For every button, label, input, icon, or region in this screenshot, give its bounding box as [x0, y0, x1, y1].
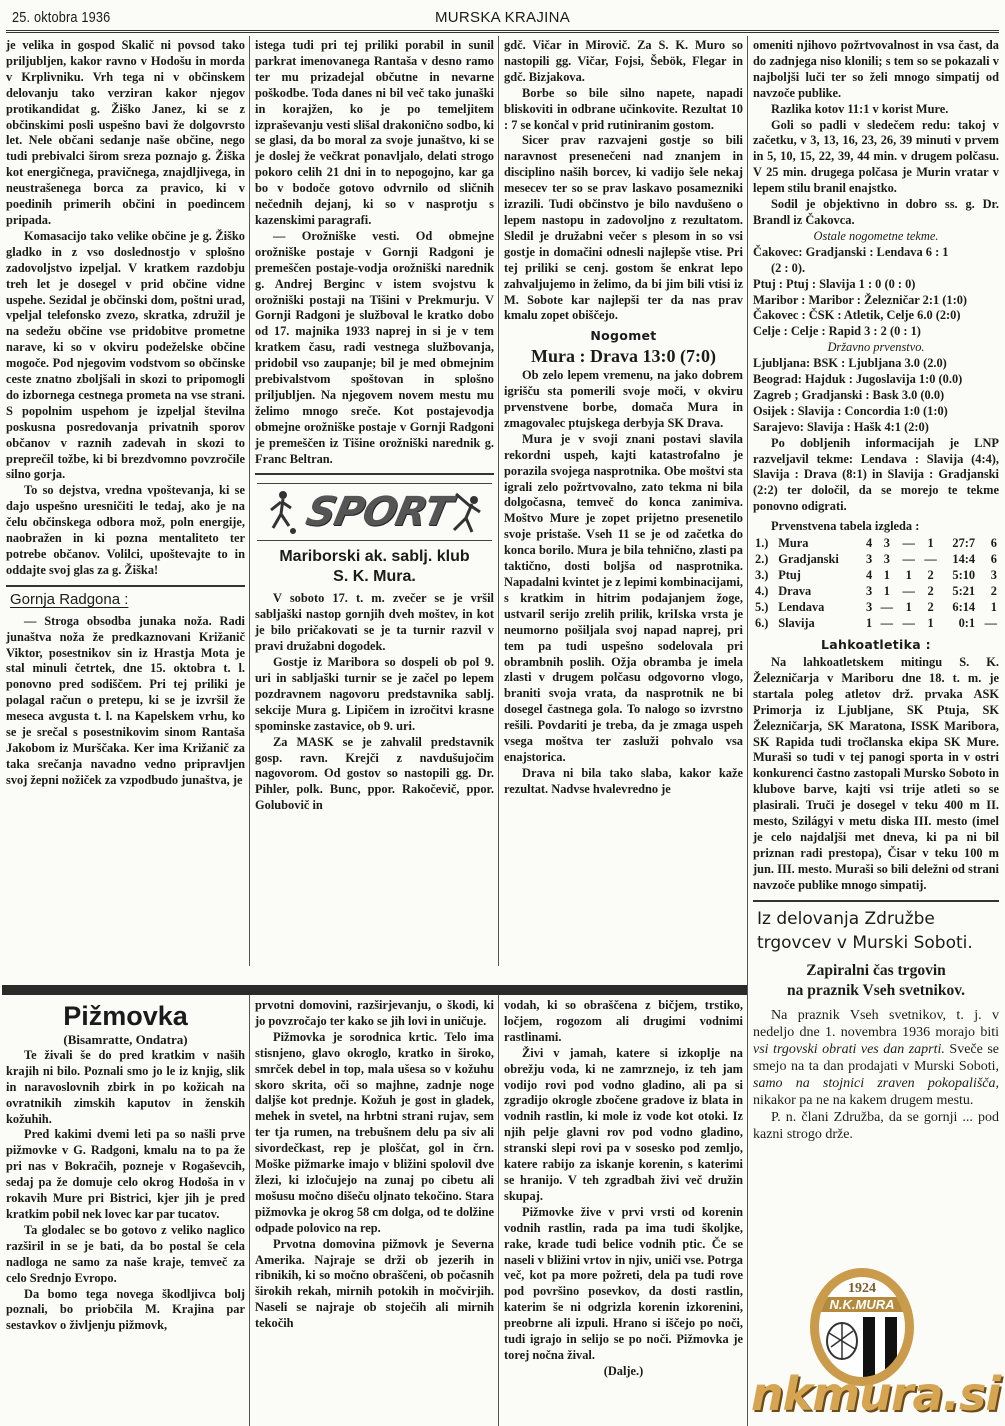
other-matches-heading: Ostale nogometne tekme.	[753, 229, 999, 245]
closing-time-heading-2: na praznik Vseh svetnikov.	[753, 981, 999, 1001]
goals-paragraph: Goli so padli v sledečem redu: takoj v z…	[753, 118, 999, 198]
continued-note: (Dalje.)	[504, 1364, 743, 1380]
fencing-paragraph: Borbe so bile silno napete, napadi blisk…	[504, 86, 743, 134]
muskrat-paragraph: Pred kakimi dvemi leti pa so našli prve …	[6, 1127, 245, 1222]
section-divider	[6, 585, 245, 587]
muskrat-subtitle: (Bisamratte, Ondatra)	[6, 1032, 245, 1048]
match-report-paragraph: Ob zelo lepem vremenu, na jako dobrem ig…	[504, 368, 743, 432]
newspaper-title: MURSKA KRAJINA	[0, 9, 1005, 26]
referee-line: Sodil je objektivno in dobro ss. g. Dr. …	[753, 197, 999, 229]
muskrat-paragraph: Te živali še do pred kratkim v naših kra…	[6, 1048, 245, 1128]
page-header: 25. oktobra 1936 MURSKA KRAJINA	[0, 0, 1005, 30]
lnp-paragraph: Po dobljenih informacijah je LNP razvelj…	[753, 436, 999, 516]
muskrat-paragraph: vodah, ki so obraščena z bičjem, trstiko…	[504, 998, 743, 1046]
muskrat-column-1: Pižmovka (Bisamratte, Ondatra) Te živali…	[2, 996, 249, 1334]
match-report-paragraph: Drava ni bila tako slaba, kakor kaže rez…	[504, 766, 743, 798]
column-rule	[249, 995, 250, 1426]
election-article-paragraph: Komasacijo tako velike občine je g. Žišk…	[6, 229, 245, 484]
column-1: je velika in gospod Skalič ni povsod tak…	[2, 38, 249, 789]
thrower-athlete-icon	[446, 488, 486, 536]
table-row: 5.)Lendava3—126:141	[753, 599, 999, 615]
bottom-story-band	[2, 985, 747, 995]
result-line: Osijek : Slavija : Concordia 1:0 (1:0)	[753, 404, 999, 420]
fencing-paragraph: V soboto 17. t. m. zvečer se je vršil sa…	[255, 591, 494, 655]
news-item-knife-verdict: — Stroga obsodba junaka noža. Radi junaš…	[6, 614, 245, 789]
column-rule	[747, 36, 748, 1426]
news-item-title: — Orožniške vesti.	[273, 229, 399, 243]
muskrat-paragraph: Prvotna domovina pižmovk je Severna Amer…	[255, 1237, 494, 1332]
muskrat-paragraph: Da bomo tega novega škodljivca bolj pozn…	[6, 1287, 245, 1335]
match-report-paragraph: Mura je v svoji znani postavi slavila re…	[504, 432, 743, 766]
closing-time-paragraph: P. n. člani Združba, da se gornji ... po…	[753, 1109, 999, 1143]
other-results: Čakovec: Gradjanski : Lendava 6 : 1 (2 :…	[753, 245, 999, 340]
result-line: Čakovec: Gradjanski : Lendava 6 : 1	[753, 245, 999, 261]
muskrat-paragraph: Pižmovka je sorodnica krtic. Telo ima st…	[255, 1030, 494, 1237]
football-player-icon	[263, 488, 303, 536]
closing-time-heading-1: Zapiralni čas trgovin	[753, 961, 999, 981]
badge-name: N.K.MURA	[819, 1297, 905, 1312]
athletics-heading: Lahkoatletika :	[753, 637, 999, 653]
muskrat-column-2: prvotni domovini, razširjevanju, o škodi…	[251, 998, 498, 1332]
section-label-gornja-radgona: Gornja Radgona :	[10, 592, 245, 608]
standings-table: 1.)Mura43—127:76 2.)Gradjanski33——14:46 …	[753, 535, 999, 631]
news-item-continued: istega tudi pri tej priliki porabil in s…	[255, 38, 494, 229]
table-row: 2.)Gradjanski33——14:46	[753, 551, 999, 567]
brand-wordmark: nkmura.si	[748, 1368, 1003, 1420]
fencing-paragraph: Gostje iz Maribora so dospeli ob pol 9. …	[255, 655, 494, 735]
news-item-text: Od obmejne orožniške postaje v Gornji Ra…	[255, 229, 494, 466]
section-divider	[753, 900, 999, 902]
badge-year: 1924	[819, 1281, 905, 1297]
table-row: 1.)Mura43—127:76	[753, 535, 999, 551]
header-rule	[6, 30, 999, 33]
state-results: Ljubljana: BSK : Ljubljana 3.0 (2.0) Beo…	[753, 356, 999, 436]
match-heading: Mura : Drava 13:0 (7:0)	[504, 344, 743, 368]
column-4: omeniti njihovo požrtvovalnost in vsa ča…	[749, 38, 1003, 1143]
fencing-paragraph: Sicer prav razvajeni gostje so bili nara…	[504, 133, 743, 324]
section-divider	[255, 473, 494, 475]
column-rule	[249, 36, 250, 966]
muskrat-paragraph: prvotni domovini, razširjevanju, o škodi…	[255, 998, 494, 1030]
muskrat-paragraph: Pižmovke žive v prvi vrsti od korenin vo…	[504, 1205, 743, 1364]
corners-line: Razlika kotov 11:1 v korist Mure.	[753, 102, 999, 118]
badge-stripe	[863, 1317, 875, 1386]
nkmura-watermark: 1924 N.K.MURA nkmura.si	[748, 1268, 1003, 1426]
muskrat-column-3: vodah, ki so obraščena z bičjem, trstiko…	[500, 998, 747, 1380]
table-row: 4.)Drava31—25:212	[753, 583, 999, 599]
badge-stripe	[885, 1317, 897, 1386]
result-line: Ptuj : Ptuj : Slavija 1 : 0 (0 : 0)	[753, 277, 999, 293]
table-row: 6.)Slavija1——10:1—	[753, 615, 999, 631]
fencing-heading-1: Mariborski ak. sablj. klub	[255, 547, 494, 567]
state-championship-heading: Državno prvenstvo.	[753, 340, 999, 356]
club-badge-icon: 1924 N.K.MURA	[810, 1268, 914, 1386]
result-line: Maribor : Maribor : Železničar 2:1 (1:0)	[753, 293, 999, 309]
result-line: Celje : Celje : Rapid 3 : 2 (0 : 1)	[753, 324, 999, 340]
column-3: gdč. Vičar in Mirovič. Za S. K. Muro so …	[500, 38, 747, 798]
result-line: (2 : 0).	[753, 261, 999, 277]
table-heading: Prvenstvena tabela izgleda :	[753, 519, 999, 535]
result-line: Zagreb ; Gradjanski : Bask 3.0 (0.0)	[753, 388, 999, 404]
news-item-title: — Stroga obsodba junaka noža.	[24, 614, 212, 628]
column-rule	[498, 995, 499, 1426]
closing-time-paragraph: Na praznik Vseh svetnikov, t. j. v nedel…	[753, 1007, 999, 1109]
match-report-paragraph: omeniti njihovo požrtvovalnost in vsa ča…	[753, 38, 999, 102]
sport-wordmark: SPORT	[302, 490, 451, 534]
fencing-paragraph: gdč. Vičar in Mirovič. Za S. K. Muro so …	[504, 38, 743, 86]
election-article-paragraph: To so dejstva, vredna vpoštevanja, ki se…	[6, 483, 245, 578]
table-row: 3.)Ptuj41125:103	[753, 567, 999, 583]
fencing-heading-2: S. K. Mura.	[255, 567, 494, 587]
result-line: Ljubljana: BSK : Ljubljana 3.0 (2.0)	[753, 356, 999, 372]
election-article-paragraph: je velika in gospod Skalič ni povsod tak…	[6, 38, 245, 229]
result-line: Beograd: Hajduk : Jugoslavija 1:0 (0.0)	[753, 372, 999, 388]
fencing-paragraph: Za MASK se je zahvalil predstavnik gosp.…	[255, 735, 494, 815]
traders-association-heading: Iz delovanja Združbe trgovcev v Murski S…	[757, 907, 999, 955]
athletics-paragraph: Na lahkoatletskem mitingu S. K. Železnič…	[753, 655, 999, 894]
muskrat-paragraph: Živi v jamah, katere si izkoplje na obre…	[504, 1046, 743, 1205]
football-heading: Nogomet	[504, 328, 743, 344]
football-icon	[825, 1321, 859, 1361]
muskrat-title: Pižmovka	[6, 1000, 245, 1032]
sport-banner: SPORT	[257, 483, 492, 541]
result-line: Sarajevo: Slavija : Hašk 4:1 (2:0)	[753, 420, 999, 436]
news-item-gendarmerie: — Orožniške vesti. Od obmejne orožniške …	[255, 229, 494, 468]
column-rule	[498, 36, 499, 966]
muskrat-paragraph: Ta glodalec se bo gotovo z veliko naglic…	[6, 1223, 245, 1287]
news-item-text: Radi junaštva noža že predkaznovani Križ…	[6, 614, 245, 787]
result-line: Čakovec : ČSK : Atletik, Celje 6.0 (2:0)	[753, 308, 999, 324]
column-2: istega tudi pri tej priliki porabil in s…	[251, 38, 498, 814]
